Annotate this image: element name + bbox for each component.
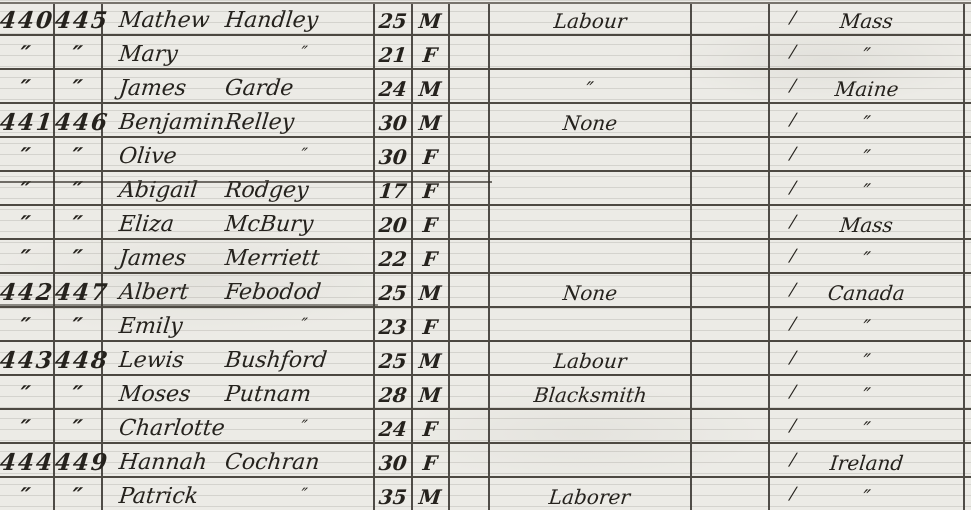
age-value: 30	[378, 113, 408, 133]
birthplace-value: Mass	[839, 11, 894, 31]
name-cell: Abigail Rodgey	[103, 172, 375, 204]
age-value: 17	[378, 181, 408, 201]
age-value: 35	[378, 487, 408, 507]
value-column-cell	[692, 308, 770, 340]
family-number: 445	[54, 9, 110, 32]
family-number-cell: ″	[55, 478, 103, 510]
family-number: ″	[71, 315, 86, 338]
given-name: Benjamin	[118, 112, 226, 134]
dwelling-number-cell: 441	[0, 104, 55, 136]
value-column-cell	[692, 444, 770, 476]
occupation-cell: Laborer	[490, 478, 692, 510]
family-number-cell: 447	[55, 274, 103, 306]
page-edge-sliver	[965, 444, 971, 476]
dwelling-number: 444	[0, 451, 55, 474]
given-name: Lewis	[118, 350, 185, 372]
age-cell: 35	[375, 478, 413, 510]
age-value: 23	[378, 317, 408, 337]
table-row: ″ ″ Eliza McBury 20 F ∕ Mass	[0, 206, 971, 240]
birthplace-cell: ∕ ″	[770, 240, 965, 272]
surname-ditto-mark: ″	[300, 45, 308, 62]
sex-value: F	[422, 45, 438, 65]
family-number-cell: ″	[55, 172, 103, 204]
age-cell: 30	[375, 104, 413, 136]
page-edge-sliver	[965, 240, 971, 272]
age-cell: 30	[375, 138, 413, 170]
occupation-cell	[490, 172, 692, 204]
family-number: 449	[54, 451, 110, 474]
table-row: 442 447 Albert Febodod 25 M None ∕ Canad…	[0, 274, 971, 308]
value-column-cell	[692, 478, 770, 510]
name-cell: Mathew Handley	[103, 4, 375, 34]
birthplace-cell: ∕ ″	[770, 478, 965, 510]
occupation-cell: Labour	[490, 4, 692, 34]
page-edge-sliver	[965, 4, 971, 34]
surname: Bushford	[224, 350, 328, 372]
dwelling-number-cell: ″	[0, 206, 55, 238]
name-cell: Lewis Bushford	[103, 342, 375, 374]
birthplace-value: Canada	[827, 283, 906, 303]
birthplace-cell: ∕ ″	[770, 104, 965, 136]
birthplace-value: Ireland	[829, 453, 904, 473]
page-edge-sliver	[965, 206, 971, 238]
value-column-cell	[692, 274, 770, 306]
birthplace-value: ″	[862, 351, 872, 371]
sex-cell: M	[413, 478, 450, 510]
dwelling-number-cell: 440	[0, 4, 55, 34]
value-column-cell	[692, 138, 770, 170]
surname-ditto-mark: ″	[300, 317, 308, 334]
age-value: 21	[378, 45, 408, 65]
tally-mark-icon: ∕	[789, 214, 797, 231]
occupation-cell	[490, 36, 692, 68]
value-column-cell	[692, 376, 770, 408]
birthplace-value: ″	[862, 45, 872, 65]
occupation-cell: None	[490, 104, 692, 136]
occupation-value: Blacksmith	[532, 385, 647, 405]
family-number: ″	[71, 213, 86, 236]
occupation-value: None	[562, 283, 618, 303]
birthplace-cell: ∕ Mass	[770, 206, 965, 238]
age-cell: 30	[375, 444, 413, 476]
age-cell: 25	[375, 4, 413, 34]
sex-cell: M	[413, 274, 450, 306]
family-number-cell: ″	[55, 70, 103, 102]
page-edge-sliver	[965, 274, 971, 306]
dwelling-number: ″	[19, 43, 34, 66]
sex-value: M	[418, 351, 442, 371]
sex-value: M	[418, 283, 442, 303]
given-name: Albert	[118, 282, 190, 304]
value-column-cell	[692, 342, 770, 374]
value-column-cell	[692, 104, 770, 136]
table-row: ″ ″ Abigail Rodgey 17 F ∕ ″	[0, 172, 971, 206]
name-cell: Mary ″	[103, 36, 375, 68]
given-name: Mathew	[118, 10, 211, 32]
color-column-cell	[450, 172, 490, 204]
page-edge-sliver	[965, 478, 971, 510]
sex-value: F	[422, 249, 438, 269]
family-number-cell: ″	[55, 36, 103, 68]
value-column-cell	[692, 4, 770, 34]
birthplace-value: ″	[862, 249, 872, 269]
page-edge-sliver	[965, 342, 971, 374]
sex-cell: M	[413, 376, 450, 408]
birthplace-cell: ∕ Canada	[770, 274, 965, 306]
dwelling-number-cell: ″	[0, 308, 55, 340]
dwelling-number: ″	[19, 247, 34, 270]
family-number: ″	[71, 485, 86, 508]
birthplace-cell: ∕ ″	[770, 376, 965, 408]
page-edge-sliver	[965, 138, 971, 170]
sex-cell: M	[413, 342, 450, 374]
sex-value: M	[418, 487, 442, 507]
occupation-value: None	[562, 113, 618, 133]
color-column-cell	[450, 104, 490, 136]
surname: Relley	[224, 112, 295, 134]
occupation-cell: Blacksmith	[490, 376, 692, 408]
sex-cell: F	[413, 444, 450, 476]
dwelling-number: ″	[19, 485, 34, 508]
surname: Rodgey	[224, 180, 310, 202]
given-name: Hannah	[118, 452, 208, 474]
age-value: 24	[378, 419, 408, 439]
birthplace-value: ″	[862, 385, 872, 405]
color-column-cell	[450, 240, 490, 272]
birthplace-cell: ∕ Maine	[770, 70, 965, 102]
family-number-cell: 448	[55, 342, 103, 374]
tally-mark-icon: ∕	[789, 452, 797, 469]
page-edge-sliver	[965, 36, 971, 68]
sex-cell: F	[413, 308, 450, 340]
dwelling-number: ″	[19, 77, 34, 100]
page-edge-sliver	[965, 410, 971, 442]
occupation-cell	[490, 410, 692, 442]
name-cell: Albert Febodod	[103, 274, 375, 306]
color-column-cell	[450, 410, 490, 442]
birthplace-cell: ∕ ″	[770, 308, 965, 340]
dwelling-number-cell: ″	[0, 138, 55, 170]
value-column-cell	[692, 172, 770, 204]
given-name: Charlotte	[118, 418, 226, 440]
page-edge-sliver	[965, 308, 971, 340]
family-number: ″	[71, 43, 86, 66]
table-row: ″ ″ James Merriett 22 F ∕ ″	[0, 240, 971, 274]
family-number-cell: ″	[55, 240, 103, 272]
family-number-cell: 446	[55, 104, 103, 136]
sex-value: F	[422, 317, 438, 337]
sex-cell: F	[413, 240, 450, 272]
given-name: Mary	[118, 44, 179, 66]
scan-artifact-line	[0, 304, 378, 306]
name-cell: Hannah Cochran	[103, 444, 375, 476]
value-column-cell	[692, 240, 770, 272]
family-number: ″	[71, 383, 86, 406]
age-value: 25	[378, 283, 408, 303]
birthplace-value: ″	[862, 113, 872, 133]
family-number-cell: ″	[55, 376, 103, 408]
dwelling-number: 440	[0, 9, 55, 32]
dwelling-number-cell: 443	[0, 342, 55, 374]
dwelling-number: ″	[19, 145, 34, 168]
value-column-cell	[692, 410, 770, 442]
occupation-cell: Labour	[490, 342, 692, 374]
table-row: ″ ″ Moses Putnam 28 M Blacksmith ∕ ″	[0, 376, 971, 410]
color-column-cell	[450, 36, 490, 68]
dwelling-number-cell: 442	[0, 274, 55, 306]
surname: McBury	[224, 214, 314, 236]
surname: Handley	[224, 10, 319, 32]
sex-cell: F	[413, 206, 450, 238]
dwelling-number-cell: ″	[0, 240, 55, 272]
tally-mark-icon: ∕	[789, 112, 797, 129]
sex-cell: F	[413, 410, 450, 442]
name-cell: James Merriett	[103, 240, 375, 272]
tally-mark-icon: ∕	[789, 384, 797, 401]
birthplace-value: ″	[862, 317, 872, 337]
birthplace-value: Maine	[834, 79, 900, 99]
census-table: 440 445 Mathew Handley 25 M Labour ∕ Mas…	[0, 2, 971, 510]
family-number-cell: 445	[55, 4, 103, 34]
surname: Garde	[224, 78, 295, 100]
occupation-cell: ″	[490, 70, 692, 102]
name-cell: James Garde	[103, 70, 375, 102]
birthplace-cell: ∕ Mass	[770, 4, 965, 34]
tally-mark-icon: ∕	[789, 180, 797, 197]
color-column-cell	[450, 70, 490, 102]
birthplace-value: ″	[862, 147, 872, 167]
given-name: James	[118, 78, 187, 100]
given-name: Eliza	[118, 214, 175, 236]
dwelling-number: ″	[19, 383, 34, 406]
age-cell: 21	[375, 36, 413, 68]
table-row: 441 446 Benjamin Relley 30 M None ∕ ″	[0, 104, 971, 138]
table-row: 440 445 Mathew Handley 25 M Labour ∕ Mas…	[0, 2, 971, 36]
age-value: 25	[378, 11, 408, 31]
birthplace-value: ″	[862, 419, 872, 439]
tally-mark-icon: ∕	[789, 282, 797, 299]
birthplace-value: ″	[862, 487, 872, 507]
occupation-cell	[490, 444, 692, 476]
given-name: Olive	[118, 146, 178, 168]
occupation-value: Laborer	[548, 487, 631, 507]
sex-value: M	[418, 113, 442, 133]
age-cell: 25	[375, 342, 413, 374]
color-column-cell	[450, 138, 490, 170]
surname: Febodod	[224, 282, 322, 304]
color-column-cell	[450, 376, 490, 408]
sex-value: F	[422, 147, 438, 167]
given-name: Patrick	[118, 486, 199, 508]
value-column-cell	[692, 206, 770, 238]
dwelling-number: ″	[19, 213, 34, 236]
sex-value: M	[418, 11, 442, 31]
tally-mark-icon: ∕	[789, 350, 797, 367]
color-column-cell	[450, 444, 490, 476]
sex-cell: M	[413, 70, 450, 102]
census-ledger-scan: 440 445 Mathew Handley 25 M Labour ∕ Mas…	[0, 0, 971, 510]
page-edge-sliver	[965, 104, 971, 136]
age-cell: 17	[375, 172, 413, 204]
tally-mark-icon: ∕	[789, 10, 797, 27]
color-column-cell	[450, 274, 490, 306]
family-number: 446	[54, 111, 110, 134]
name-cell: Olive ″	[103, 138, 375, 170]
given-name: Abigail	[118, 180, 199, 202]
dwelling-number: 443	[0, 349, 55, 372]
tally-mark-icon: ∕	[789, 316, 797, 333]
sex-value: F	[422, 453, 438, 473]
color-column-cell	[450, 478, 490, 510]
age-cell: 28	[375, 376, 413, 408]
occupation-cell: None	[490, 274, 692, 306]
birthplace-cell: ∕ ″	[770, 172, 965, 204]
value-column-cell	[692, 70, 770, 102]
family-number: ″	[71, 77, 86, 100]
tally-mark-icon: ∕	[789, 78, 797, 95]
tally-mark-icon: ∕	[789, 44, 797, 61]
dwelling-number: ″	[19, 417, 34, 440]
occupation-cell	[490, 308, 692, 340]
age-cell: 25	[375, 274, 413, 306]
birthplace-value: ″	[862, 181, 872, 201]
occupation-cell	[490, 240, 692, 272]
given-name: Emily	[118, 316, 184, 338]
page-edge-sliver	[965, 376, 971, 408]
sex-cell: F	[413, 138, 450, 170]
dwelling-number-cell: ″	[0, 478, 55, 510]
dwelling-number-cell: ″	[0, 70, 55, 102]
dwelling-number-cell: 444	[0, 444, 55, 476]
name-cell: Charlotte ″	[103, 410, 375, 442]
given-name: Moses	[118, 384, 192, 406]
table-row: ″ ″ Emily ″ 23 F ∕ ″	[0, 308, 971, 342]
age-value: 28	[378, 385, 408, 405]
sex-value: F	[422, 181, 438, 201]
family-number-cell: ″	[55, 410, 103, 442]
tally-mark-icon: ∕	[789, 146, 797, 163]
dwelling-number: 441	[0, 111, 55, 134]
family-number-cell: ″	[55, 308, 103, 340]
dwelling-number-cell: ″	[0, 410, 55, 442]
family-number-cell: ″	[55, 138, 103, 170]
surname: Cochran	[224, 452, 321, 474]
table-row: 444 449 Hannah Cochran 30 F ∕ Ireland	[0, 444, 971, 478]
surname: Putnam	[224, 384, 312, 406]
age-value: 22	[378, 249, 408, 269]
value-column-cell	[692, 36, 770, 68]
age-value: 24	[378, 79, 408, 99]
occupation-value: Labour	[553, 351, 628, 371]
birthplace-cell: ∕ ″	[770, 342, 965, 374]
family-number-cell: ″	[55, 206, 103, 238]
dwelling-number-cell: ″	[0, 172, 55, 204]
age-value: 30	[378, 147, 408, 167]
tally-mark-icon: ∕	[789, 486, 797, 503]
tally-mark-icon: ∕	[789, 418, 797, 435]
surname: Merriett	[224, 248, 321, 270]
table-row: 443 448 Lewis Bushford 25 M Labour ∕ ″	[0, 342, 971, 376]
family-number: 447	[54, 281, 110, 304]
name-cell: Benjamin Relley	[103, 104, 375, 136]
age-cell: 24	[375, 410, 413, 442]
age-value: 25	[378, 351, 408, 371]
sex-cell: F	[413, 172, 450, 204]
occupation-cell	[490, 206, 692, 238]
age-cell: 24	[375, 70, 413, 102]
family-number-cell: 449	[55, 444, 103, 476]
birthplace-value: Mass	[839, 215, 894, 235]
family-number: ″	[71, 417, 86, 440]
occupation-cell	[490, 138, 692, 170]
birthplace-cell: ∕ Ireland	[770, 444, 965, 476]
table-row: ″ ″ Mary ″ 21 F ∕ ″	[0, 36, 971, 70]
occupation-value: Labour	[553, 11, 628, 31]
color-column-cell	[450, 4, 490, 34]
name-cell: Moses Putnam	[103, 376, 375, 408]
sex-value: F	[422, 419, 438, 439]
table-row: ″ ″ Patrick ″ 35 M Laborer ∕ ″	[0, 478, 971, 510]
scan-artifact-line	[0, 181, 492, 183]
family-number: ″	[71, 145, 86, 168]
name-cell: Emily ″	[103, 308, 375, 340]
occupation-value: ″	[585, 79, 595, 99]
dwelling-number-cell: ″	[0, 36, 55, 68]
birthplace-cell: ∕ ″	[770, 36, 965, 68]
given-name: James	[118, 248, 187, 270]
dwelling-number: ″	[19, 315, 34, 338]
sex-value: M	[418, 79, 442, 99]
name-cell: Eliza McBury	[103, 206, 375, 238]
table-row: ″ ″ Charlotte ″ 24 F ∕ ″	[0, 410, 971, 444]
page-edge-sliver	[965, 172, 971, 204]
sex-value: F	[422, 215, 438, 235]
age-cell: 23	[375, 308, 413, 340]
sex-cell: M	[413, 4, 450, 34]
age-value: 20	[378, 215, 408, 235]
family-number: ″	[71, 247, 86, 270]
surname-ditto-mark: ″	[300, 419, 308, 436]
surname-ditto-mark: ″	[300, 487, 308, 504]
birthplace-cell: ∕ ″	[770, 410, 965, 442]
tally-mark-icon: ∕	[789, 248, 797, 265]
table-row: ″ ″ Olive ″ 30 F ∕ ″	[0, 138, 971, 172]
age-value: 30	[378, 453, 408, 473]
family-number: 448	[54, 349, 110, 372]
surname-ditto-mark: ″	[300, 147, 308, 164]
birthplace-cell: ∕ ″	[770, 138, 965, 170]
sex-value: M	[418, 385, 442, 405]
color-column-cell	[450, 308, 490, 340]
color-column-cell	[450, 206, 490, 238]
dwelling-number: 442	[0, 281, 55, 304]
dwelling-number-cell: ″	[0, 376, 55, 408]
sex-cell: F	[413, 36, 450, 68]
age-cell: 20	[375, 206, 413, 238]
age-cell: 22	[375, 240, 413, 272]
color-column-cell	[450, 342, 490, 374]
page-edge-sliver	[965, 70, 971, 102]
name-cell: Patrick ″	[103, 478, 375, 510]
table-row: ″ ″ James Garde 24 M ″ ∕ Maine	[0, 70, 971, 104]
sex-cell: M	[413, 104, 450, 136]
